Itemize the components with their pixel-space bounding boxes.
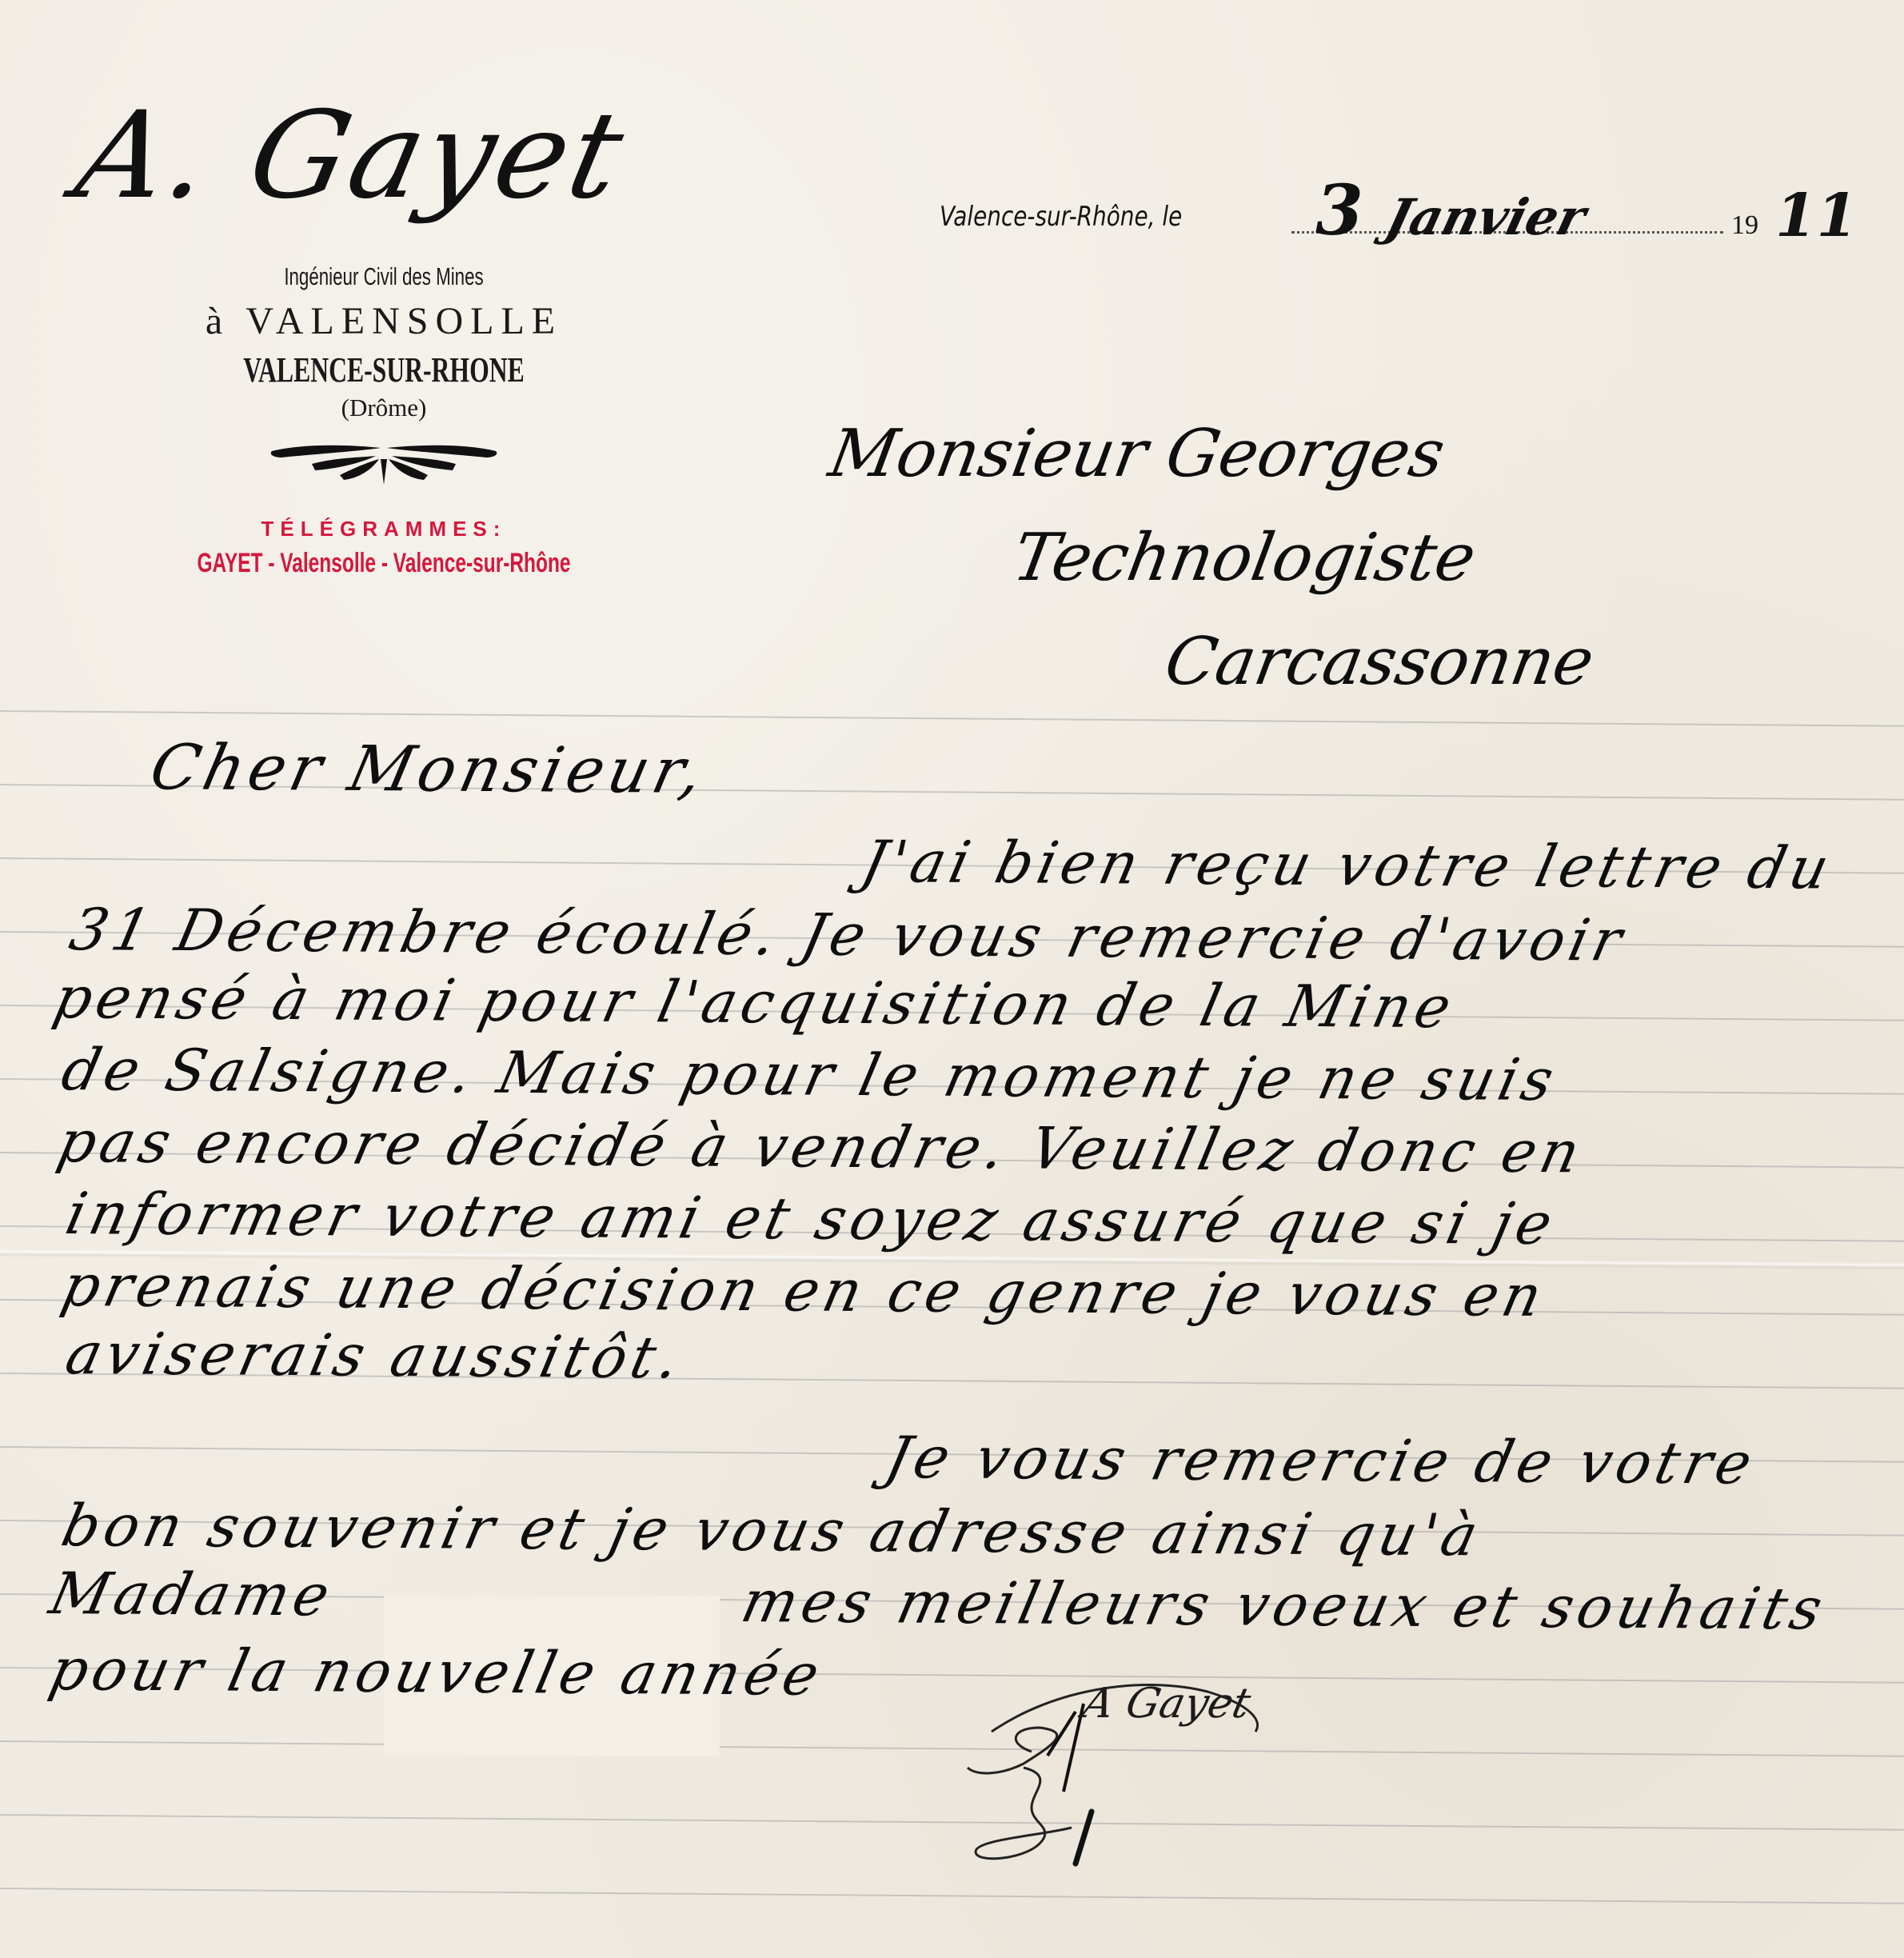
body-line: pour la nouvelle année — [44, 1636, 830, 1708]
date-year-handwritten: 11 — [1775, 182, 1858, 250]
dateline: Valence-sur-Rhône, le 3 Janvier 19 11 — [940, 188, 1859, 252]
body-line: informer votre ami et soyez assuré que s… — [60, 1180, 1563, 1257]
signature: A Gayet — [944, 1656, 1311, 1912]
telegram-address: GAYET - Valensolle - Valence-sur-Rhône — [165, 548, 602, 579]
body-line: prenais une décision en ce genre je vous… — [56, 1252, 1553, 1329]
signature-text: A Gayet — [1079, 1680, 1255, 1728]
recipient-name: Monsieur Georges — [824, 416, 1451, 492]
recipient-city: Carcassonne — [1160, 624, 1599, 700]
body-line: mes meilleurs voeux et souhaits — [736, 1568, 1833, 1642]
body-line: de Salsigne. Mais pour le moment je ne s… — [56, 1036, 1564, 1113]
letterhead-department: (Drôme) — [80, 394, 688, 422]
date-day: 3 — [1315, 170, 1363, 251]
body-line: Je vous remercie de votre — [880, 1424, 1762, 1497]
body-line: bon souvenir et je vous adresse ainsi qu… — [56, 1492, 1488, 1568]
letterhead-name: A. Gayet — [67, 96, 701, 216]
telegram-label: TÉLÉGRAMMES: — [80, 517, 688, 541]
body-line: pas encore décidé à vendre. Veuillez don… — [52, 1108, 1591, 1185]
body-line: aviserais aussitôt. — [60, 1320, 690, 1391]
body-line: Madame — [44, 1560, 340, 1628]
letterhead-town: à VALENSOLLE — [80, 299, 688, 343]
letterhead-title: Ingénieur Civil des Mines — [165, 262, 602, 291]
body-line: 31 Décembre écoulé. Je vous remercie d'a… — [64, 896, 1633, 974]
body-line: J'ai bien reçu votre lettre du — [856, 828, 1839, 901]
date-place: Valence-sur-Rhône, le — [940, 201, 1182, 233]
salutation: Cher Monsieur, — [144, 732, 714, 808]
letterhead-city: VALENCE-SUR-RHONE — [165, 350, 602, 390]
flourish-ornament-icon — [264, 440, 504, 488]
letterhead: A. Gayet Ingénieur Civil des Mines à VAL… — [80, 96, 688, 579]
date-month: Janvier — [1380, 188, 1591, 246]
body-line: pensé à moi pour l'acquisition de la Min… — [48, 964, 1462, 1041]
date-year-printed: 19 — [1731, 210, 1758, 241]
recipient-profession: Technologiste — [1008, 520, 1481, 596]
